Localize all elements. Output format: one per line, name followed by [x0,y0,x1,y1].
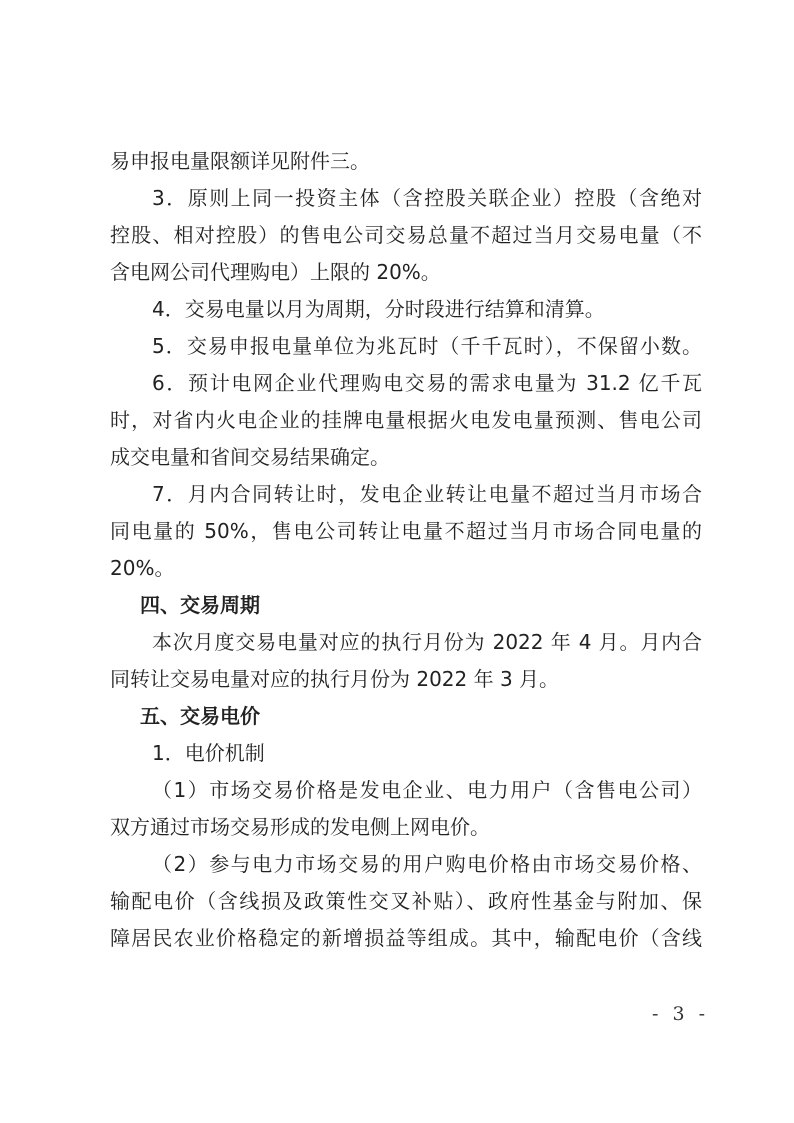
text-line: 同电量的 50%，售电公司转让电量不超过当月市场合同电量的 [110,513,702,550]
text-line: 输配电价（含线损及政策性交叉补贴）、政府性基金与附加、保 [110,883,702,920]
subheading-price-mechanism: 1．电价机制 [110,735,702,772]
document-page: 易申报电量限额详见附件三。 3．原则上同一投资主体（含控股关联企业）控股（含绝对… [0,0,794,1123]
text-line: 成交电量和省间交易结果确定。 [110,439,702,476]
text-line: 20%。 [110,550,702,587]
text-line: 本次月度交易电量对应的执行月份为 2022 年 4 月。月内合 [110,624,702,661]
item-2: （2）参与电力市场交易的用户购电价格由市场交易价格、 [110,846,702,883]
clause-5: 5．交易申报电量单位为兆瓦时（千千瓦时），不保留小数。 [110,328,702,365]
section-heading-trading-price: 五、交易电价 [110,698,702,735]
section-heading-trading-period: 四、交易周期 [110,587,702,624]
text-line: 含电网公司代理购电）上限的 20%。 [110,254,702,291]
text-line: 同转让交易电量对应的执行月份为 2022 年 3 月。 [110,661,702,698]
text-line: 时，对省内火电企业的挂牌电量根据火电发电量预测、售电公司 [110,402,702,439]
item-1: （1）市场交易价格是发电企业、电力用户（含售电公司） [110,772,702,809]
page-number: - 3 - [652,1003,709,1025]
clause-7: 7．月内合同转让时，发电企业转让电量不超过当月市场合 [110,476,702,513]
text-line: 易申报电量限额详见附件三。 [110,143,702,180]
clause-3: 3．原则上同一投资主体（含控股关联企业）控股（含绝对 [110,180,702,217]
text-line: 控股、相对控股）的售电公司交易总量不超过当月交易电量（不 [110,217,702,254]
document-body: 易申报电量限额详见附件三。 3．原则上同一投资主体（含控股关联企业）控股（含绝对… [110,143,702,957]
text-line: 双方通过市场交易形成的发电侧上网电价。 [110,809,702,846]
clause-4: 4．交易电量以月为周期，分时段进行结算和清算。 [110,291,702,328]
text-line: 障居民农业价格稳定的新增损益等组成。其中，输配电价（含线 [110,920,702,957]
clause-6: 6．预计电网企业代理购电交易的需求电量为 31.2 亿千瓦 [110,365,702,402]
